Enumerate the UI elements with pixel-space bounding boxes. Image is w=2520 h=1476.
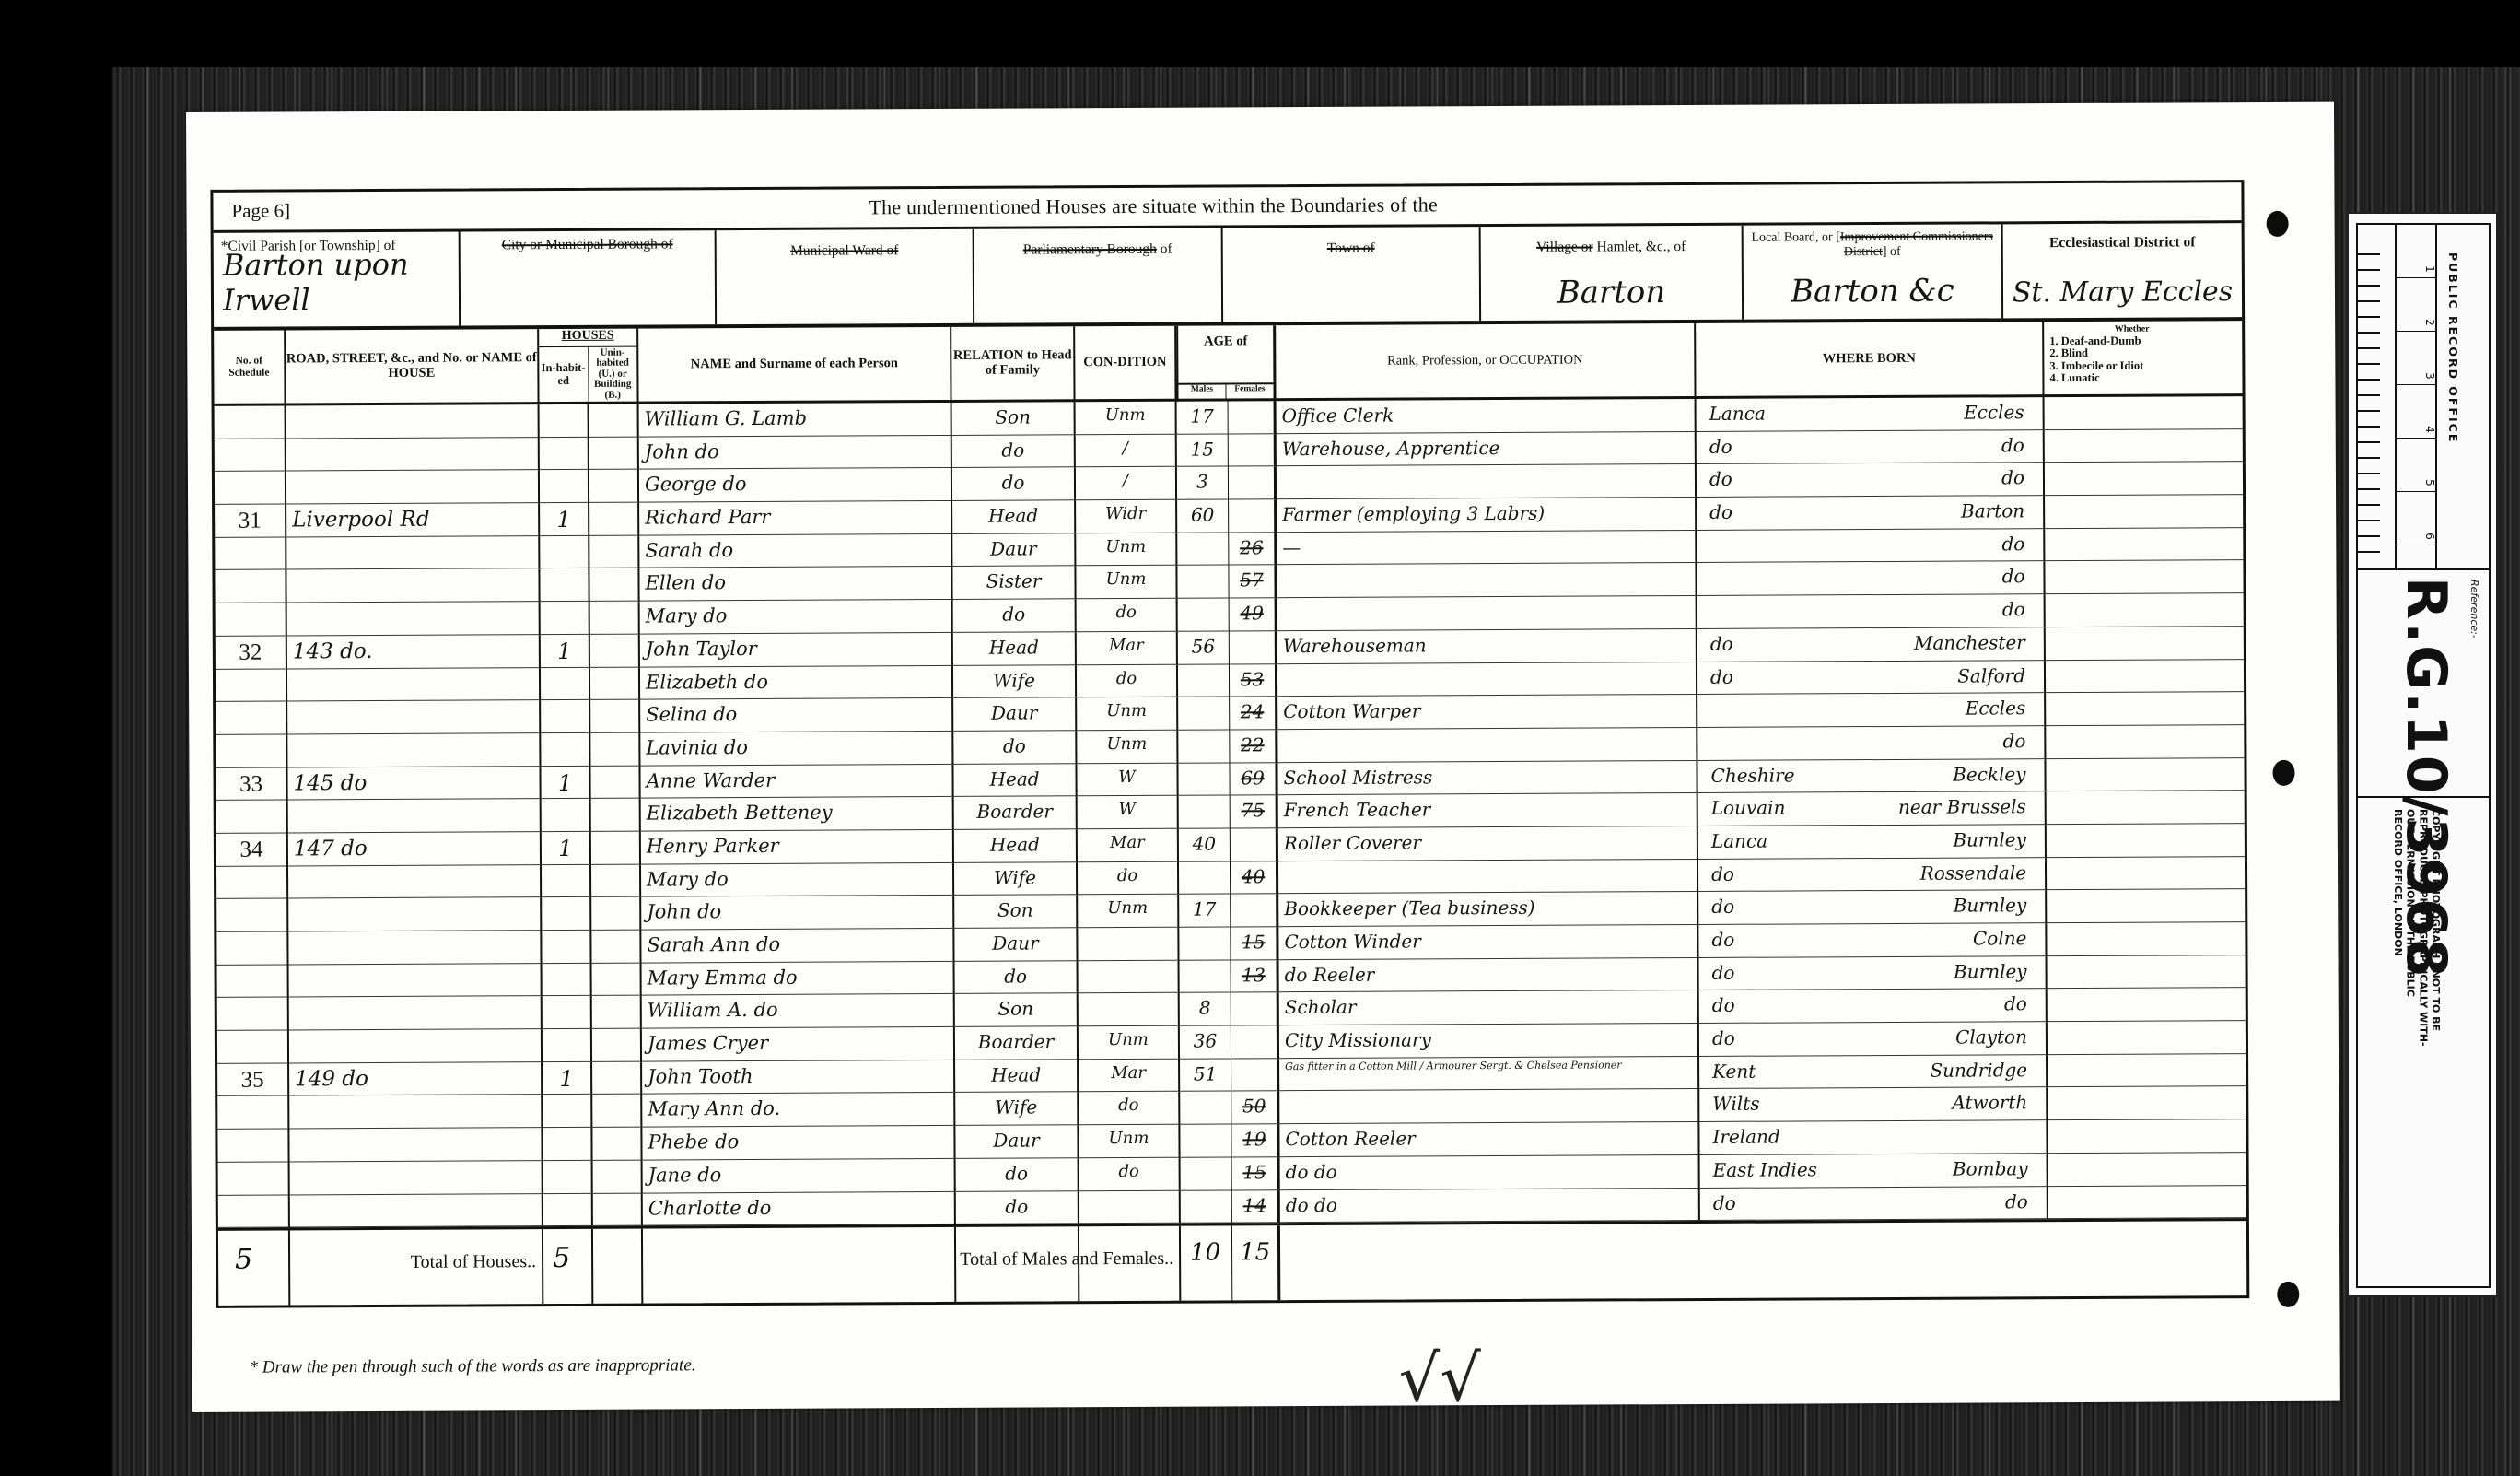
infirmity-option-4: 4. Lunatic [2049,371,2242,385]
inhabited-value: 1 [558,770,572,796]
female-age-value: 26 [1240,536,1264,558]
road-cell [290,1194,543,1228]
name-value: Lavinia do [646,736,748,759]
birth-place: do [2001,467,2024,489]
name-cell: Henry Parker [641,830,954,864]
ruler-cells: 123456 [2395,225,2437,570]
road-cell [287,733,541,767]
condition-cell: Mar [1079,1059,1180,1092]
parliamentary-borough-field: Parliamentary Borough of [974,228,1223,323]
relation-value: Head [991,1063,1041,1085]
village-value: Barton [1481,274,1742,311]
schedule-cell [217,1031,289,1064]
schedule-cell: 33 [216,767,287,801]
name-value: Sarah do [645,539,733,561]
infirmity-option-2: 2. Blind [2049,346,2242,360]
male-age-cell [1178,599,1230,632]
location-header: *Civil Parish [or Township] of Barton up… [214,223,2242,331]
road-cell [287,700,541,734]
name-value: Mary Ann do. [647,1097,780,1120]
condition-value: / [1123,471,1128,490]
col-header-houses: HOUSES In-habit-ed Unin-habited (U.) or … [539,329,638,405]
condition-cell [1078,928,1179,961]
female-age-value: 69 [1241,767,1265,789]
infirmity-cell [2045,396,2243,430]
male-age-value: 17 [1193,898,1217,920]
infirmity-cell [2048,1186,2246,1220]
infirmity-option-3: 3. Imbecile or Idiot [2049,359,2242,373]
col-header-occupation: Rank, Profession, or OCCUPATION [1276,323,1696,401]
parliamentary-borough-label: Parliamentary Borough [1023,241,1157,258]
birth-place: near Brussels [1898,795,2026,818]
uninhabited-cell [590,766,640,799]
female-age-value: 50 [1242,1095,1266,1118]
condition-value: Unm [1108,1030,1149,1049]
village-label: Village or [1536,240,1593,255]
name-cell: Elizabeth Betteney [641,797,954,831]
schedule-value: 32 [239,639,262,664]
occupation-value: Warehouse, Apprentice [1282,437,1500,460]
male-age-value: 17 [1190,405,1214,428]
road-cell [286,569,540,603]
occupation-value: Cotton Winder [1284,930,1421,953]
schedule-cell [217,998,289,1031]
condition-value: Unm [1106,734,1147,754]
birth-county: Ireland [1712,1126,1779,1148]
male-age-cell [1181,1157,1232,1190]
inhabited-cell [540,568,589,602]
road-cell: Liverpool Rd [286,503,540,537]
condition-cell [1079,993,1180,1026]
infirmity-cell [2045,561,2243,595]
condition-cell: Widr [1076,500,1177,533]
condition-value: Unm [1105,405,1146,425]
male-age-cell [1178,664,1230,697]
local-board-suffix: ] of [1883,245,1901,259]
col-header-inhabited: In-habit-ed [539,347,589,402]
name-cell: John do [641,896,954,930]
schedule-cell [215,472,286,505]
infirmity-cell [2046,593,2244,627]
relation-cell: Head [955,1060,1079,1093]
male-age-cell [1179,861,1231,895]
relation-value: do [1004,965,1027,987]
name-cell: Jane do [643,1159,956,1193]
condition-cell: do [1078,861,1179,895]
birth-county: do [1709,468,1732,490]
birth-place: Barton [1961,499,2024,521]
name-value: Jane do [648,1164,722,1186]
occupation-value: do Reeler [1285,963,1375,985]
schedule-cell [218,1195,290,1228]
relation-cell: do [956,1158,1079,1191]
uninhabited-cell [591,897,641,931]
male-age-value: 51 [1194,1062,1218,1084]
birth-place: Manchester [1914,631,2025,654]
occupation-cell: Office Clerk [1277,399,1697,434]
female-age-cell: 53 [1230,664,1277,697]
birth-county: do [1710,633,1733,655]
male-age-cell [1180,960,1231,993]
birth-place: do [2002,730,2025,752]
relation-cell: Head [952,500,1076,533]
relation-value: do [1005,1162,1028,1184]
inhabited-cell [542,1029,592,1062]
female-age-value: 24 [1241,700,1265,722]
uninhabited-cell [592,996,642,1029]
borough-field: City or Municipal Borough of [461,230,717,325]
relation-cell: Sister [952,567,1076,600]
birth-place: Bombay [1953,1157,2028,1179]
binding-hole-bottom [2277,1282,2299,1307]
infirmity-option-1: 1. Deaf-and-Dumb [2049,334,2242,348]
uninhabited-cell [590,700,640,733]
condition-cell: do [1079,1158,1181,1191]
name-cell: Ellen do [639,567,952,601]
name-cell: Charlotte do [643,1191,956,1225]
road-cell [286,471,540,505]
road-value: 143 do. [293,639,373,663]
occupation-value: City Missionary [1285,1028,1431,1051]
female-age-cell: 15 [1232,1157,1280,1190]
occupation-value: Scholar [1285,996,1357,1018]
inhabited-cell [540,438,589,471]
ecclesiastical-district-label: Ecclesiastical District of [2003,223,2242,252]
where-born-cell: doSalford [1697,661,2046,696]
male-age-value: 36 [1194,1030,1218,1052]
where-born-cell: doBarton [1697,496,2045,531]
uninhabited-cell [592,1029,642,1062]
inhabited-cell [543,1161,593,1194]
municipal-ward-label: Municipal Ward of [717,229,973,260]
relation-cell: Wife [954,862,1078,896]
town-field: Town of [1223,227,1481,322]
infirmity-cell [2046,758,2244,792]
female-age-cell: 57 [1229,566,1277,599]
ruler-number: 3 [2423,372,2436,380]
relation-cell: Head [953,632,1077,665]
uninhabited-cell [589,404,639,438]
occupation-cell: do do [1280,1188,1700,1223]
schedule-cell [216,734,287,767]
male-age-cell [1178,697,1230,731]
occupation-cell: — [1277,531,1697,566]
relation-value: Boarder [976,801,1053,823]
female-age-cell [1229,401,1277,434]
condition-cell: do [1079,1092,1180,1125]
male-age-cell: 51 [1180,1059,1231,1092]
totals-inhabited-cell: 5 [543,1229,593,1304]
infirmity-cell [2047,857,2245,891]
inhabited-value: 1 [559,1066,573,1092]
female-age-cell [1230,631,1277,664]
occupation-cell [1277,596,1697,631]
relation-cell: Boarder [954,797,1078,830]
name-cell: James Cryer [642,1027,955,1061]
condition-value: Mar [1111,1063,1146,1083]
relation-value: Head [989,767,1039,790]
name-cell: Elizabeth do [640,665,953,699]
condition-value: W [1118,800,1136,819]
name-value: Elizabeth do [646,670,768,693]
birth-county: do [1710,665,1733,687]
schedule-cell [215,537,286,570]
village-suffix: Hamlet, &c., of [1593,239,1686,254]
schedule-cell [217,965,289,998]
relation-value: do [1001,439,1024,461]
male-age-cell: 17 [1177,401,1229,434]
uninhabited-cell [590,634,640,667]
road-cell: 147 do [288,832,542,866]
occupation-value: do do [1286,1161,1337,1183]
name-value: Elizabeth Betteney [647,802,833,825]
improvement-district-label: Improvement Commissioners District [1840,229,1993,259]
condition-cell: Mar [1077,632,1178,665]
village-field: Village or Hamlet, &c., of Barton [1481,226,1744,321]
condition-cell: / [1076,434,1177,467]
condition-cell: Unm [1076,566,1177,599]
relation-cell: do [953,731,1077,764]
schedule-cell [215,439,286,472]
total-persons-label: Total of Males and Females.. [960,1248,1173,1271]
relation-value: Wife [994,866,1036,888]
occupation-cell: School Mistress [1277,761,1697,796]
occupation-value: Cotton Reeler [1285,1128,1415,1151]
relation-value: Sister [986,570,1042,592]
name-value: Mary do [646,604,728,627]
schedule-cell [216,702,287,735]
where-born-cell: do [1697,594,2046,629]
male-age-cell: 3 [1177,467,1229,500]
birth-county: Lanca [1711,830,1767,852]
name-cell: Lavinia do [640,732,953,766]
birth-county: do [1709,501,1732,523]
condition-cell: Unm [1078,895,1179,928]
male-age-cell [1181,1190,1232,1224]
municipal-ward-field: Municipal Ward of [717,229,974,324]
condition-value: Unm [1105,537,1146,556]
road-cell: 143 do. [287,635,541,669]
male-age-value: 15 [1191,438,1215,460]
uninhabited-cell [592,1061,642,1095]
birth-county: do [1712,961,1735,983]
total-houses-value: 5 [553,1242,570,1274]
road-cell [289,1095,542,1130]
infirmity-cell [2045,462,2243,496]
name-cell: Sarah Ann do [641,929,954,963]
birth-place: Rossendale [1920,861,2026,884]
inhabited-cell [540,536,589,569]
occupation-value: Cotton Warper [1283,700,1420,723]
condition-value: Unm [1107,898,1148,918]
col-header-uninhabited: Unin-habited (U.) or Building (B.) [589,347,637,402]
record-office-label: PUBLIC RECORD OFFICE [2446,252,2460,443]
relation-value: do [1001,472,1024,494]
name-cell: John Taylor [640,633,953,667]
female-age-cell [1229,499,1277,533]
condition-value: Mar [1110,833,1145,852]
female-age-value: 49 [1240,602,1264,624]
schedule-value: 31 [239,509,262,533]
card-divider [2358,796,2491,798]
name-cell: Anne Warder [640,764,953,798]
relation-cell: Wife [955,1093,1079,1126]
female-age-cell: 49 [1230,598,1277,631]
totals-uninhabited-cell [593,1229,643,1304]
scale-ruler: 123456 PUBLIC RECORD OFFICE [2358,225,2491,570]
birth-county: do [1709,435,1732,457]
male-age-cell [1180,1092,1231,1125]
census-table: No. of Schedule ROAD, STREET, &c., and N… [214,321,2246,1228]
occupation-value: Roller Coverer [1284,831,1421,854]
road-value: 149 do [295,1067,368,1091]
schedule-cell [216,866,288,899]
infirmity-cell [2046,660,2244,694]
relation-value: Son [995,406,1031,428]
col-header-females: Females [1226,384,1273,398]
where-born-cell: East IndiesBombay [1700,1154,2048,1189]
female-age-cell: 40 [1231,861,1278,895]
occupation-value: do do [1286,1193,1337,1215]
name-value: John do [645,440,719,463]
female-age-cell: 13 [1231,960,1279,993]
infirmity-cell [2046,627,2244,661]
where-born-cell: doBurnley [1699,956,2047,991]
occupation-cell: City Missionary [1279,1024,1699,1059]
binding-hole-top [2267,211,2289,237]
male-age-value: 40 [1193,832,1217,854]
where-born-cell: dodo [1697,430,2045,465]
ruler-number: 2 [2423,319,2436,326]
male-age-value: 3 [1196,471,1208,493]
birth-place: do [2002,598,2025,620]
name-cell: Mary Emma do [642,962,955,996]
uninhabited-cell [592,1128,642,1161]
col-header-relation: RELATION to Head of Family [951,326,1075,403]
infirmity-cell [2045,528,2243,562]
infirmity-cell [2047,988,2246,1022]
name-cell: William A. do [642,994,955,1028]
inhabited-value: 1 [557,638,571,664]
ruler-segment: 5 [2397,439,2435,492]
female-age-cell [1231,895,1278,928]
occupation-cell [1278,860,1698,895]
male-age-cell [1180,1125,1231,1158]
condition-cell: W [1077,763,1178,796]
condition-cell [1079,960,1180,993]
borough-label: City or Municipal Borough of [461,230,715,253]
inhabited-cell [542,1128,592,1161]
female-age-cell [1231,1025,1279,1059]
relation-cell: do [953,599,1077,632]
road-cell: 145 do [287,767,541,801]
female-age-value: 15 [1242,1161,1266,1183]
col-header-schedule: No. of Schedule [214,330,286,405]
uninhabited-cell [589,470,639,503]
occupation-cell [1277,563,1697,598]
relation-value: Head [988,505,1038,527]
inhabited-cell: 1 [540,503,589,536]
occupation-cell: French Teacher [1278,793,1698,828]
condition-value: do [1117,866,1137,885]
male-age-cell: 8 [1180,993,1231,1026]
ruler-number: 5 [2423,479,2436,486]
total-males: 10 [1190,1239,1220,1267]
relation-cell: do [956,1191,1079,1224]
name-cell: John do [639,436,952,470]
name-cell: John Tooth [642,1060,955,1095]
birth-county: Louvain [1711,797,1786,819]
infirmity-cell [2047,1087,2246,1121]
name-cell: George do [639,468,952,502]
relation-cell: Head [953,764,1077,797]
female-age-cell: 14 [1232,1190,1280,1224]
road-cell [289,964,542,998]
relation-value: do [1003,734,1026,756]
col-header-name: NAME and Surname of each Person [638,327,951,404]
ecclesiastical-district-field: Ecclesiastical District of St. Mary Eccl… [2003,223,2242,318]
inhabited-cell [542,864,591,897]
occupation-value: Gas fitter in a Cotton Mill / Armourer S… [1285,1059,1622,1072]
relation-cell: do [952,435,1076,468]
birth-place: do [2004,993,2027,1015]
inhabited-cell [542,964,592,997]
civil-parish-value: Barton upon Irwell [214,247,459,318]
schedule-cell [216,801,288,834]
occupation-value: Farmer (employing 3 Labrs) [1282,502,1545,525]
birth-county: Wilts [1712,1093,1759,1115]
male-age-cell: 15 [1177,434,1229,467]
totals-females-cell: 15 [1232,1225,1280,1300]
where-born-cell: Louvainnear Brussels [1698,791,2047,826]
relation-value: Daur [991,702,1038,724]
schedule-cell [217,1096,289,1130]
name-value: William G. Lamb [645,407,808,430]
female-age-cell [1229,467,1277,500]
col-header-infirmity: Whether 1. Deaf-and-Dumb 2. Blind 3. Imb… [2044,321,2242,397]
name-value: Mary do [647,868,729,890]
road-cell [290,1161,543,1195]
uninhabited-cell [592,963,642,996]
occupation-cell [1277,464,1697,499]
where-born-cell: KentSundridge [1699,1055,2047,1090]
condition-value: Unm [1106,701,1147,720]
relation-value: Wife [993,669,1035,691]
ruler-number: 1 [2423,265,2436,273]
male-age-cell [1177,566,1229,599]
condition-value: Mar [1109,636,1144,655]
where-born-cell: CheshireBeckley [1697,759,2046,794]
schedule-cell [215,570,286,603]
reference-card: 123456 PUBLIC RECORD OFFICE Reference:- … [2347,212,2498,1297]
where-born-cell: Ireland [1699,1120,2047,1155]
road-cell [289,1029,542,1063]
col-header-males: Males [1178,384,1226,398]
ruler-segment: 1 [2397,225,2435,278]
female-age-cell [1229,434,1277,467]
occupation-cell: Scholar [1279,990,1699,1025]
name-value: William A. do [647,999,778,1022]
ruler-segment: 3 [2397,332,2435,385]
male-age-cell: 56 [1178,631,1230,664]
birth-county: Cheshire [1710,764,1794,786]
road-cell [287,602,541,636]
infirmity-cell [2046,692,2244,726]
where-born-cell: dodo [1697,463,2045,498]
infirmity-cell [2047,955,2245,990]
inhabited-cell [542,996,592,1029]
relation-cell: Son [955,994,1079,1027]
